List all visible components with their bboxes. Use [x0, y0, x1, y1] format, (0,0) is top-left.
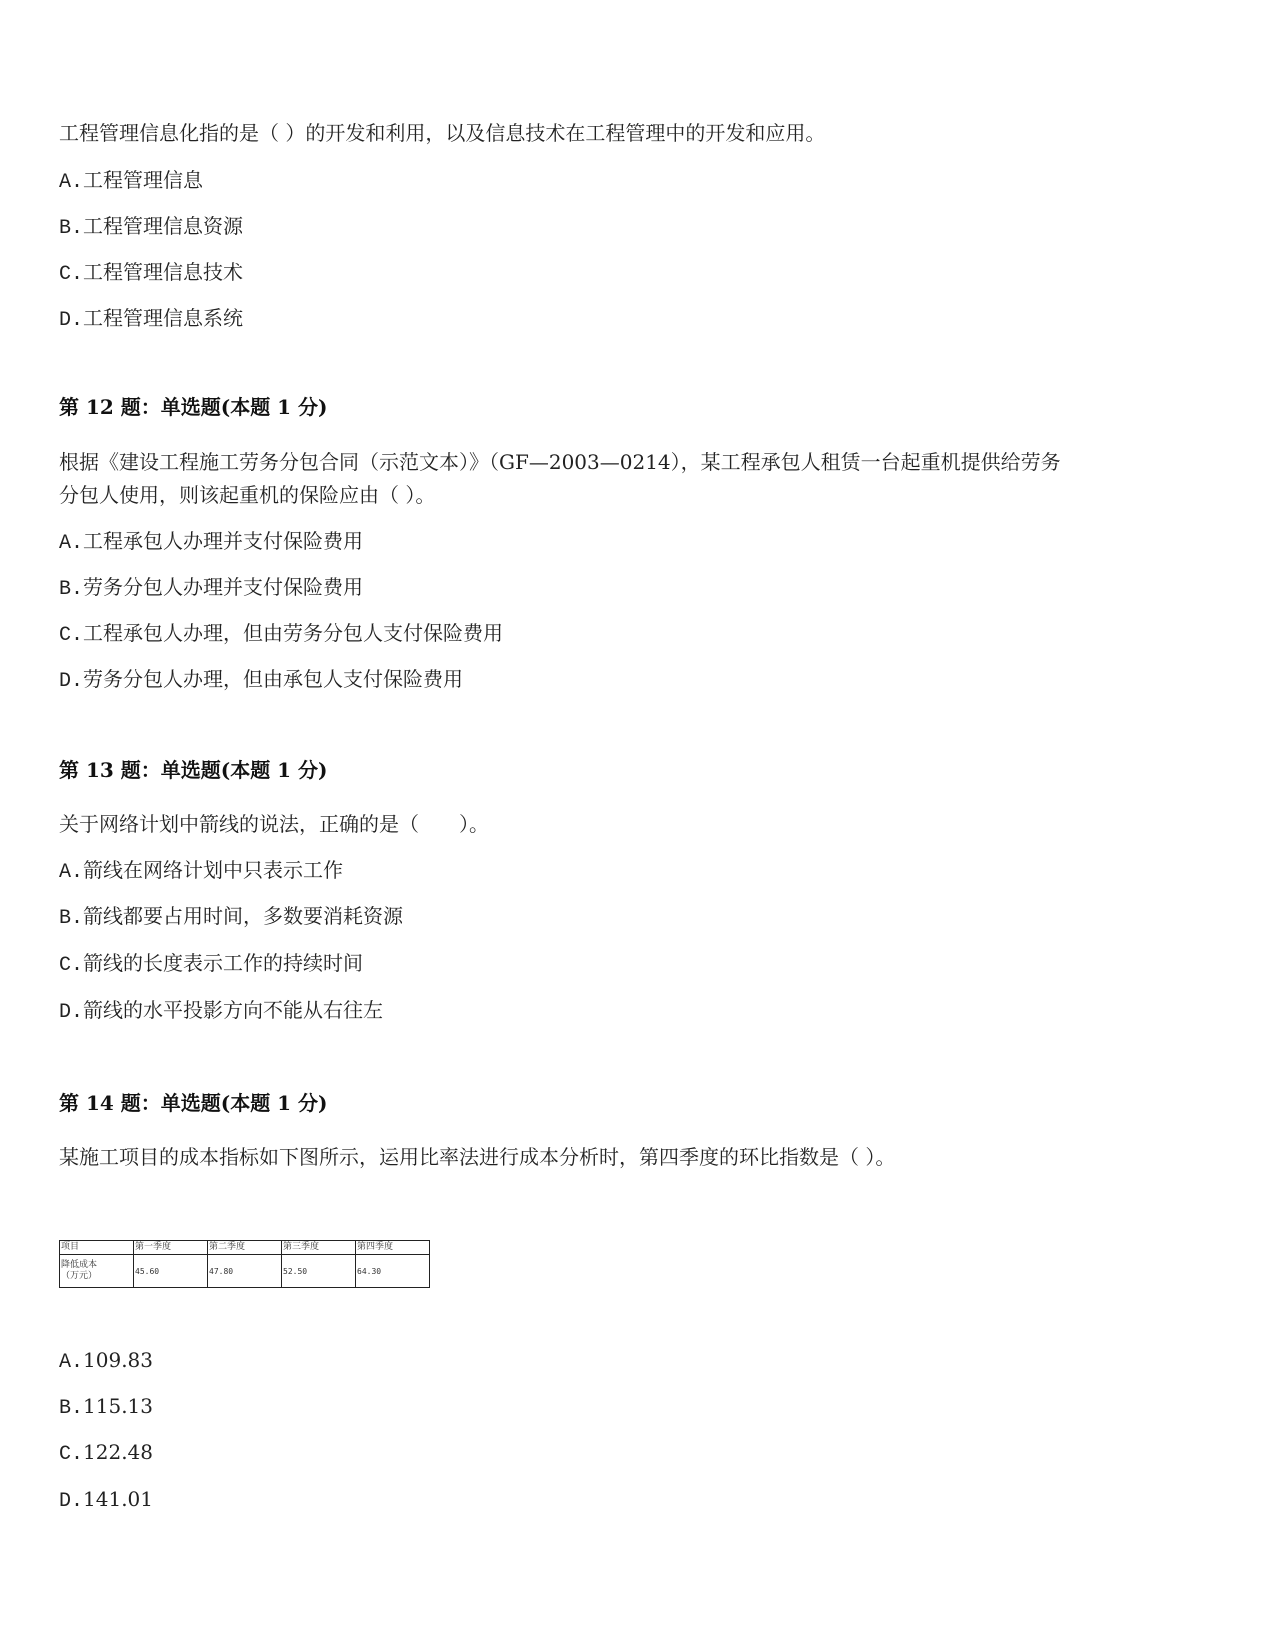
- table-header-cell: 第四季度: [356, 1241, 430, 1255]
- q12-stem-line2: 分包人使用，则该起重机的保险应由（ ）。: [59, 483, 435, 507]
- table-header-row: 项目 第一季度 第二季度 第三季度 第四季度: [60, 1241, 430, 1255]
- option-label: B.: [59, 907, 83, 930]
- table-cell: 64.30: [356, 1255, 430, 1288]
- option-text: 箭线的长度表示工作的持续时间: [83, 951, 363, 975]
- option-label: C.: [59, 1443, 83, 1466]
- option-label: B.: [59, 578, 83, 601]
- q13-heading: 第 13 题：单选题(本题 1 分): [59, 758, 328, 782]
- q14-option-c: C.122.48: [59, 1440, 153, 1467]
- q14-option-a: A.109.83: [59, 1348, 153, 1375]
- row-label-line2: （万元）: [61, 1271, 132, 1282]
- option-label: C.: [59, 624, 83, 647]
- table-row: 降低成本（万元） 45.60 47.80 52.50 64.30: [60, 1255, 430, 1288]
- option-text: 劳务分包人办理，但由承包人支付保险费用: [83, 667, 463, 691]
- table-cell: 47.80: [208, 1255, 282, 1288]
- option-text: 工程管理信息资源: [83, 214, 243, 238]
- q14-stem: 某施工项目的成本指标如下图所示，运用比率法进行成本分析时，第四季度的环比指数是（…: [59, 1145, 895, 1169]
- q13-option-c: C.箭线的长度表示工作的持续时间: [59, 951, 363, 978]
- option-label: B.: [59, 217, 83, 240]
- option-text: 工程承包人办理并支付保险费用: [83, 529, 363, 553]
- option-label: A.: [59, 171, 83, 194]
- option-text: 工程管理信息技术: [83, 260, 243, 284]
- row-label-line1: 降低成本: [61, 1260, 132, 1271]
- option-text: 109.83: [83, 1348, 153, 1372]
- option-text: 115.13: [83, 1394, 153, 1418]
- table-row-label: 降低成本（万元）: [60, 1255, 134, 1288]
- table-header-cell: 第三季度: [282, 1241, 356, 1255]
- option-label: A.: [59, 861, 83, 884]
- table-header-cell: 第二季度: [208, 1241, 282, 1255]
- option-label: D.: [59, 1490, 83, 1513]
- q12-stem-line1: 根据《建设工程施工劳务分包合同（示范文本）》（GF—2003—0214），某工程…: [59, 450, 1061, 474]
- q11-option-c: C.工程管理信息技术: [59, 260, 243, 287]
- q11-option-d: D.工程管理信息系统: [59, 306, 243, 333]
- option-label: C.: [59, 954, 83, 977]
- q11-option-a: A.工程管理信息: [59, 168, 203, 195]
- option-label: A.: [59, 1351, 83, 1374]
- q12-option-d: D.劳务分包人办理，但由承包人支付保险费用: [59, 667, 463, 694]
- q12-heading: 第 12 题：单选题(本题 1 分): [59, 395, 328, 419]
- option-label: D.: [59, 670, 83, 693]
- option-text: 箭线都要占用时间，多数要消耗资源: [83, 904, 403, 928]
- q12-option-a: A.工程承包人办理并支付保险费用: [59, 529, 363, 556]
- q12-option-b: B.劳务分包人办理并支付保险费用: [59, 575, 363, 602]
- option-text: 工程承包人办理，但由劳务分包人支付保险费用: [83, 621, 503, 645]
- option-label: D.: [59, 309, 83, 332]
- option-label: D.: [59, 1001, 83, 1024]
- option-text: 工程管理信息系统: [83, 306, 243, 330]
- option-text: 劳务分包人办理并支付保险费用: [83, 575, 363, 599]
- option-text: 箭线的水平投影方向不能从右往左: [83, 998, 383, 1022]
- q13-option-d: D.箭线的水平投影方向不能从右往左: [59, 998, 383, 1025]
- option-text: 箭线在网络计划中只表示工作: [83, 858, 343, 882]
- q11-option-b: B.工程管理信息资源: [59, 214, 243, 241]
- option-text: 122.48: [83, 1440, 153, 1464]
- q13-option-a: A.箭线在网络计划中只表示工作: [59, 858, 343, 885]
- option-text: 141.01: [83, 1487, 153, 1511]
- q11-stem: 工程管理信息化指的是（ ）的开发和利用，以及信息技术在工程管理中的开发和应用。: [59, 121, 825, 145]
- table-header-cell: 项目: [60, 1241, 134, 1255]
- q14-option-b: B.115.13: [59, 1394, 153, 1421]
- table-cell: 45.60: [134, 1255, 208, 1288]
- option-label: A.: [59, 532, 83, 555]
- table-header-cell: 第一季度: [134, 1241, 208, 1255]
- option-text: 工程管理信息: [83, 168, 203, 192]
- q13-stem: 关于网络计划中箭线的说法，正确的是（ ）。: [59, 812, 489, 836]
- q12-option-c: C.工程承包人办理，但由劳务分包人支付保险费用: [59, 621, 503, 648]
- q14-option-d: D.141.01: [59, 1487, 153, 1514]
- option-label: C.: [59, 263, 83, 286]
- cost-indicator-table: 项目 第一季度 第二季度 第三季度 第四季度 降低成本（万元） 45.60 47…: [59, 1240, 430, 1288]
- q13-option-b: B.箭线都要占用时间，多数要消耗资源: [59, 904, 403, 931]
- option-label: B.: [59, 1397, 83, 1420]
- q14-heading: 第 14 题：单选题(本题 1 分): [59, 1091, 328, 1115]
- table-cell: 52.50: [282, 1255, 356, 1288]
